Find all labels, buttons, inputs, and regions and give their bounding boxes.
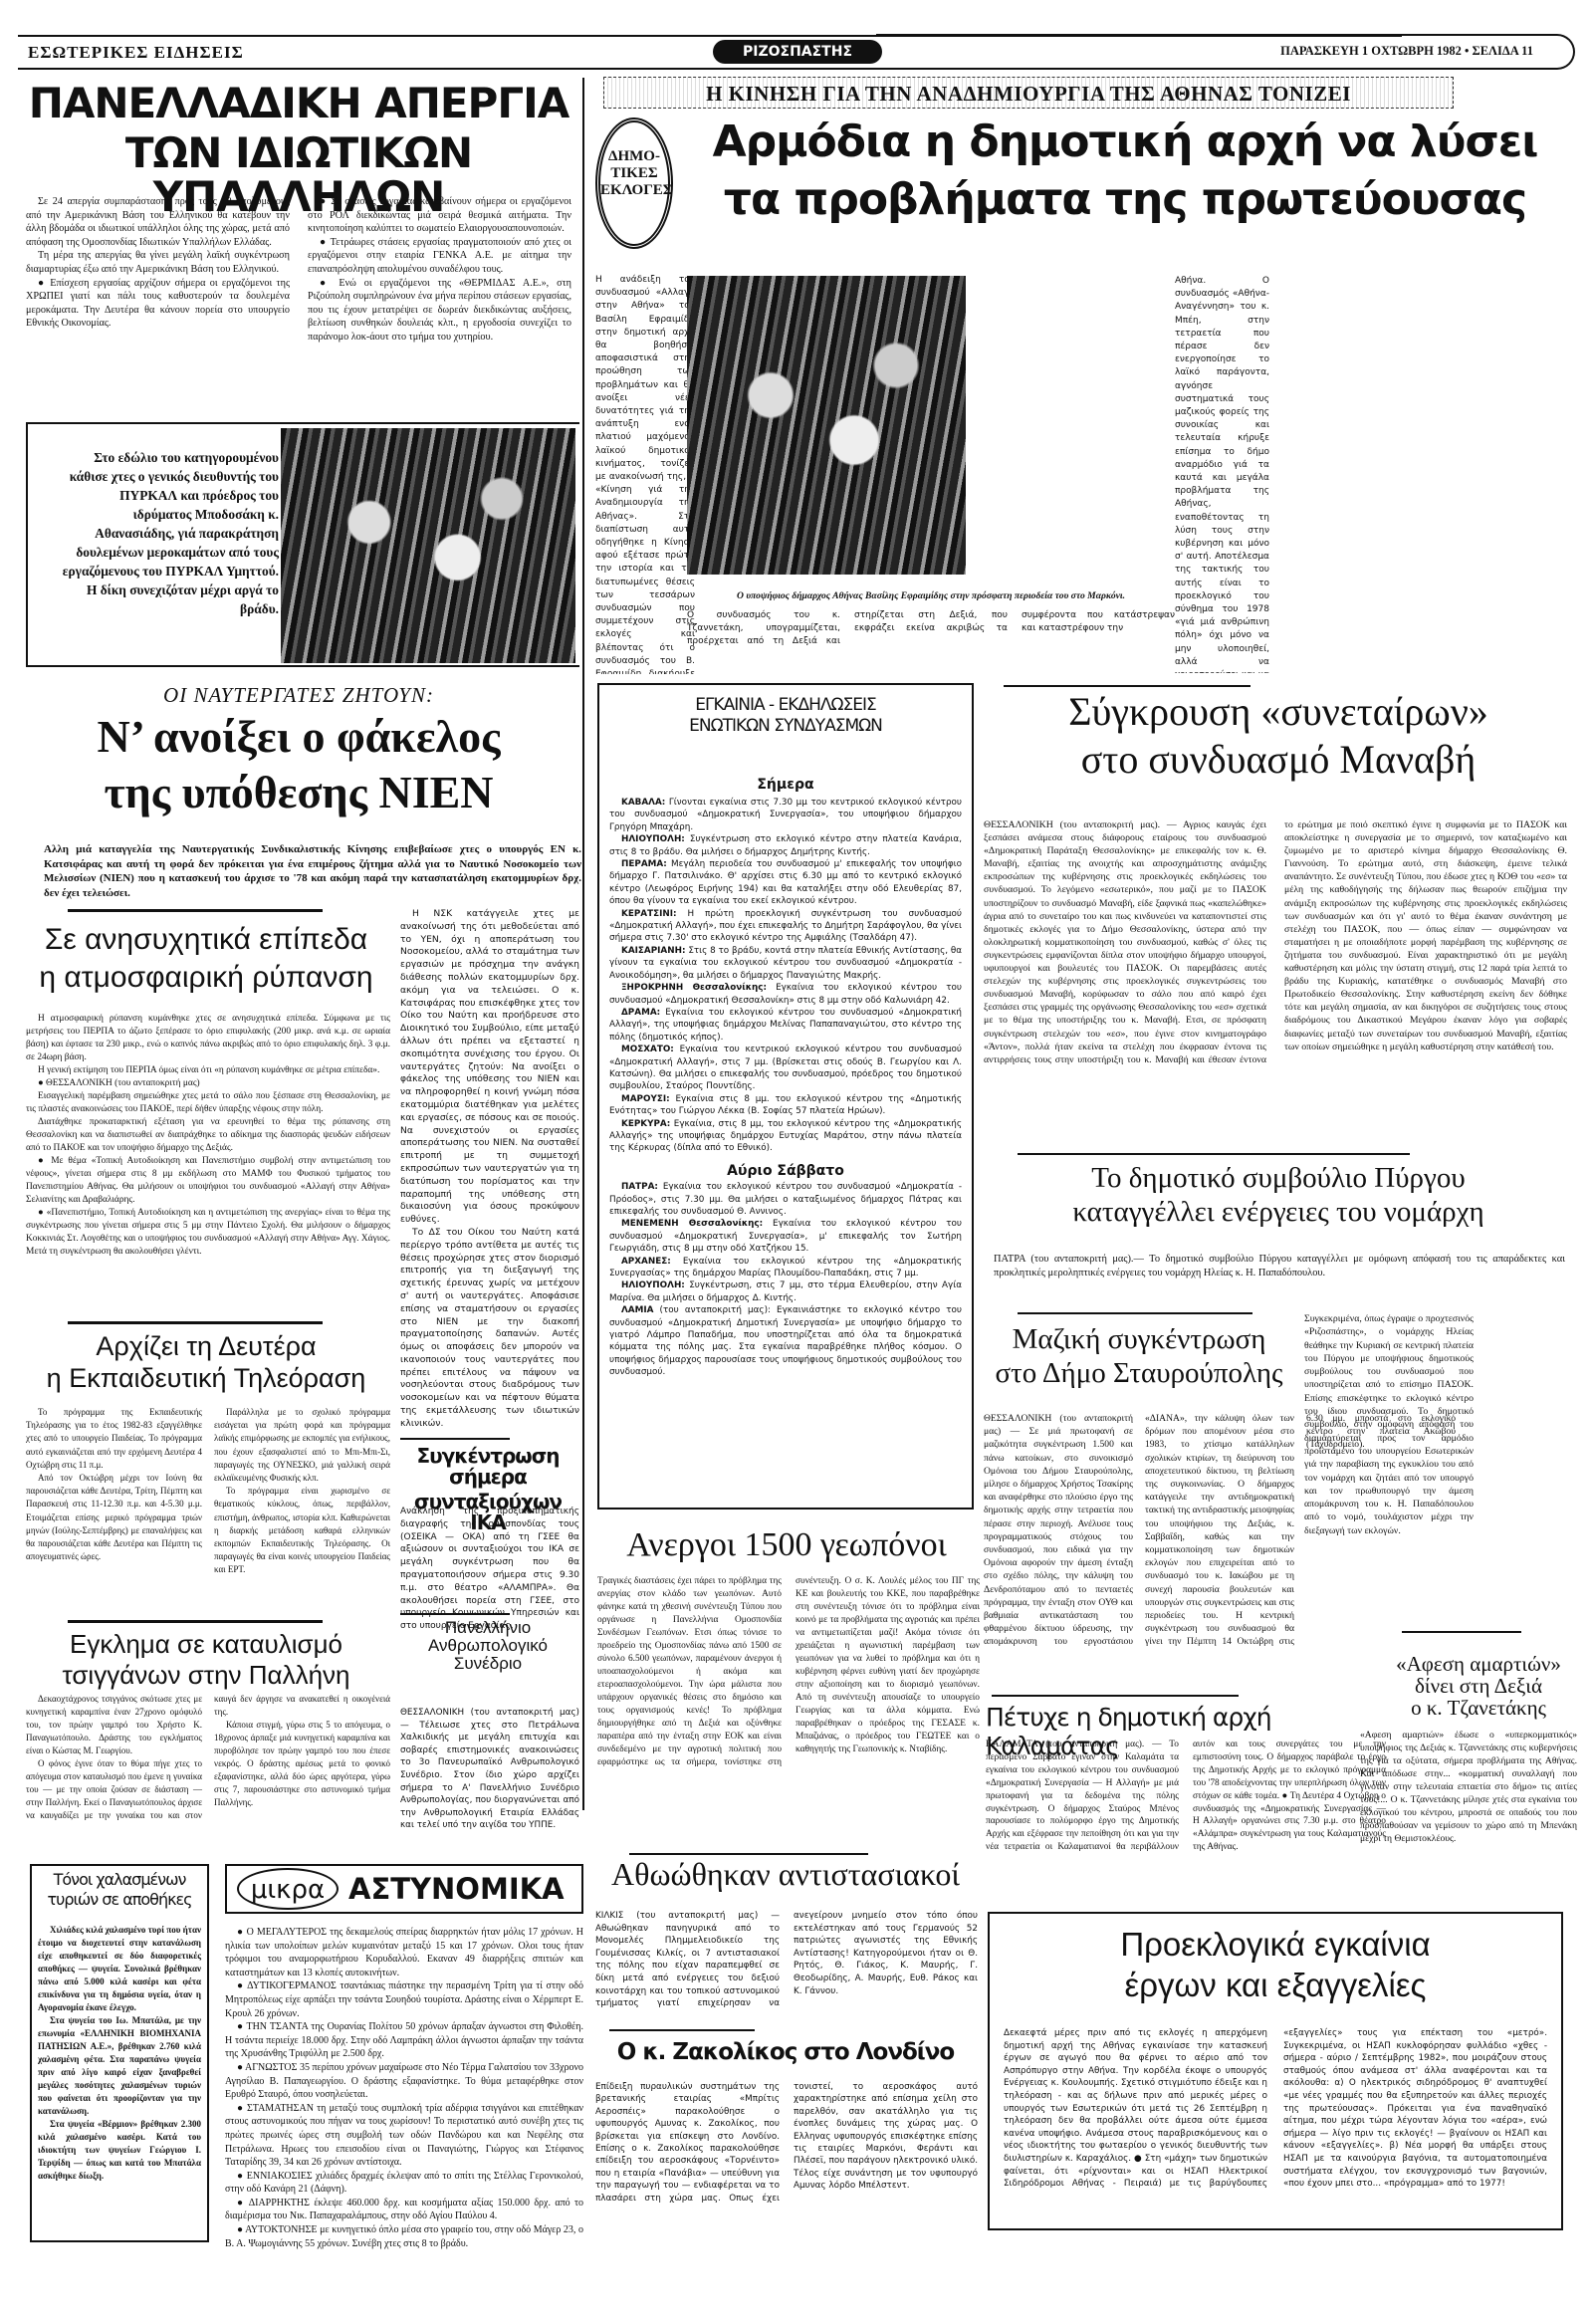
athens-right-text: Αθήνα. Ο συνδυασμός «Αθήνα-Αναγέννηση» τ… xyxy=(1175,275,1269,673)
headline-line: η ατμοσφαιρική ρύπανση xyxy=(22,962,390,994)
paragraph: Η γενική εκτίμηση του ΠΕΡΠΑ όμως είναι ό… xyxy=(26,1064,390,1077)
unemployed-headline: Ανεργοι 1500 γεωπόνοι xyxy=(597,1527,976,1563)
paragraph: ● Ενώ οι εργαζόμενοι της «ΘΕΡΜΙΔΑΣ Α.Ε.»… xyxy=(308,277,571,345)
paragraph: Εισαγγελική παρέμβαση σημειώθηκε χτες με… xyxy=(26,1090,390,1116)
athens-mid-text: Ο συνδυασμός του κ. Τζαννετάκη, υπογραμμ… xyxy=(687,609,1175,649)
event-item: ΞΗΡΟΚΡΗΝΗ Θεσσαλονίκης: Εγκαίνια του εκλ… xyxy=(609,982,962,1007)
headline-line: Σε ανησυχητικά επίπεδα xyxy=(22,924,390,956)
events-today-label: Σήμερα xyxy=(597,777,974,793)
pollution-headline: Σε ανησυχητικά επίπεδα η ατμοσφαιρική ρύ… xyxy=(22,924,390,993)
anthro-headline: Πανελλήνιο Ανθρωπολογικό Συνέδριο xyxy=(394,1619,581,1673)
police-badge: μικρα xyxy=(237,1868,339,1910)
event-item: ΚΕΡΑΤΣΙΝΙ: Η πρώτη προεκλογική συγκέντρω… xyxy=(609,908,962,945)
event-item: ΜΑΡΟΥΣΙ: Εγκαίνια στις 8 μμ. του εκλογικ… xyxy=(609,1093,962,1118)
paragraph: Η ατμοσφαιρική ρύπανση κυμάνθηκε χτες σε… xyxy=(26,1013,390,1064)
paragraph: Δεκαοχτάχρονος τσιγγάνος σκότωσε χτες με… xyxy=(26,1693,202,1757)
headline-line: Το δημοτικό συμβούλιο Πύργου xyxy=(982,1163,1575,1193)
event-item: ΜΟΣΧΑΤΟ: Εγκαίνια του κεντρικού εκλογικο… xyxy=(609,1044,962,1093)
anthro-body: ΘΕΣΣΑΛΟΝΙΚΗ (του ανταποκριτή μας) — Τέλε… xyxy=(400,1707,579,1832)
paragraph: Από τον Οκτώβρη μέχρι τον Ιούνη θα παρου… xyxy=(26,1472,202,1563)
pollution-body: Η ατμοσφαιρική ρύπανση κυμάνθηκε χτες σε… xyxy=(26,1013,390,1259)
cheese-headline: Τόνοι χαλασμένων τυριών σε αποθήκες xyxy=(34,1872,205,1909)
athens-left-text: Η ανάδειξη του συνδυασμού «Αλλαγή στην Α… xyxy=(595,274,695,674)
pyrgos-headline: Το δημοτικό συμβούλιο Πύργου καταγγέλλει… xyxy=(982,1163,1575,1228)
paragraph: Το πρόγραμμα είναι χωρισμένο σε θεματικο… xyxy=(214,1485,390,1576)
nien-kicker: ΟΙ ΝΑΥΤΕΡΓΑΤΕΣ ΖΗΤΟΥΝ: xyxy=(20,683,577,708)
police-title: ΑΣΤΥΝΟΜΙΚΑ xyxy=(348,1872,565,1906)
headline-line: Συνέδριο xyxy=(394,1655,581,1673)
athens-headline: Αρμόδια η δημοτική αρχή να λύσει τα προβ… xyxy=(687,119,1563,223)
headline-line: ΠΑΝΕΛΛΑΔΙΚΗ ΑΠΕΡΓΙΑ xyxy=(20,82,577,125)
athens-banner-text: Η ΚΙΝΗΣΗ ΓΙΑ ΤΗΝ ΑΝΑΔΗΜΙΟΥΡΓΙΑ ΤΗΣ ΑΘΗΝΑ… xyxy=(706,82,1351,106)
paragraph: Χιλιάδες κιλά χαλασμένο τυρί που ήταν έτ… xyxy=(38,1924,201,2014)
event-item: ΜΕΝΕΜΕΝΗ Θεσσαλονίκης: Εγκαίνια του εκλο… xyxy=(609,1218,962,1255)
police-items: ● Ο ΜΕΓΑΛΥΤΕΡΟΣ της δεκαμελούς σπείρας δ… xyxy=(225,1926,583,2250)
paragraph: ● Με θέμα «Τοπική Αυτοδιοίκηση και Πανεπ… xyxy=(26,1155,390,1207)
headline-line: καταγγέλλει ενέργειες του νομάρχη xyxy=(982,1197,1575,1227)
crime-headline: Εγκλημα σε καταυλισμό τσιγγάνων στην Παλ… xyxy=(22,1631,390,1690)
headline-line: τυριών σε αποθήκες xyxy=(34,1892,205,1909)
pyrgos-lead: ΠΑΤΡΑ (του ανταποκριτή μας).— Το δημοτικ… xyxy=(994,1253,1565,1279)
paragraph: ● «Πανεπιστήμιο, Τοπική Αυτοδιοίκηση και… xyxy=(26,1207,390,1259)
tzanetakis-headline: «Αφεση αμαρτιών» δίνει στη Δεξιά ο κ. Τζ… xyxy=(1364,1653,1593,1719)
crime-body: Δεκαοχτάχρονος τσιγγάνος σκότωσε χτες με… xyxy=(26,1693,390,1840)
headline-line: έργων και εξαγγελίες xyxy=(988,1969,1563,2003)
athens-photo-caption: Ο υποψήφιος δήμαρχος Αθήνας Βασίλης Εφρα… xyxy=(687,590,1175,601)
manavis-headline: Σύγκρουση «συνεταίρων» στο συνδυασμό Μαν… xyxy=(982,691,1575,781)
events-title: ΕΓΚΑΙΝΙΑ - ΕΚΔΗΛΩΣΕΙΣ ΕΝΩΤΙΚΩΝ ΣΥΝΔΥΑΣΜΩ… xyxy=(597,697,974,736)
nien-headline: Ν’ ανοίξει ο φάκελος της υπόθεσης ΝΙΕΝ xyxy=(20,713,577,817)
event-item: ΚΑΙΣΑΡΙΑΝΗ: Στις 8 το βράδυ, κοντά στην … xyxy=(609,945,962,982)
paragraph: ● Τετράωρες στάσεις εργασίας πραγματοποι… xyxy=(308,236,571,277)
edu-tv-headline: Αρχίζει τη Δευτέρα η Εκπαιδευτική Τηλεόρ… xyxy=(22,1332,390,1393)
event-item: ΑΡΧΑΝΕΣ: Εγκαίνια του εκλογικού κέντρου … xyxy=(609,1256,962,1280)
paragraph: Τη μέρα της απεργίας θα γίνει μεγάλη λαϊ… xyxy=(26,249,290,276)
acquitted-headline: Αθωώθηκαν αντιστασιακοί xyxy=(595,1858,976,1892)
events-tomorrow-label: Αύριο Σάββατο xyxy=(609,1165,962,1177)
list-item: ● ΑΥΤΟΚΤΟΝΗΣΕ με κυνηγετικό όπλο μέσα στ… xyxy=(225,2223,583,2250)
athens-banner: Η ΚΙΝΗΣΗ ΓΙΑ ΤΗΝ ΑΝΑΔΗΜΙΟΥΡΓΙΑ ΤΗΣ ΑΘΗΝΑ… xyxy=(603,77,1454,109)
headline-line: Ν’ ανοίξει ο φάκελος xyxy=(20,713,577,761)
headline-line: Αρχίζει τη Δευτέρα xyxy=(22,1332,390,1360)
paragraph: Το πρόγραμμα της Εκπαιδευτικής Τηλεόραση… xyxy=(26,1406,202,1472)
event-item: ΔΡΑΜΑ: Εγκαίνια του εκλογικού κέντρου το… xyxy=(609,1007,962,1044)
headline-line: της υπόθεσης ΝΙΕΝ xyxy=(20,769,577,816)
headline-line: Συγκέντρωση σήμερα xyxy=(394,1446,581,1488)
list-item: ● ΔΙΑΡΡΗΚΤΗΣ έκλεψε 460.000 δρχ. και κοσ… xyxy=(225,2197,583,2223)
tzanetakis-body: «Αφεση αμαρτιών» έδωσε ο «υπερκομματικός… xyxy=(1360,1729,1577,1845)
paragraph: ● Επίσχεση εργασίας αρχίζουν σήμερα οι ε… xyxy=(26,277,290,331)
headline-line: Προεκλογικά εγκαίνια xyxy=(988,1928,1563,1963)
events-today-list: ΚΑΒΑΛΑ: Γίνονται εγκαίνια στις 7.30 μμ τ… xyxy=(609,797,962,1379)
headline-line: Σύγκρουση «συνεταίρων» xyxy=(982,691,1575,733)
paragraph: Κάποια στιγμή, γύρω στις 5 το απόγευμα, … xyxy=(214,1719,390,1809)
paragraph: Το ΔΣ του Οίκου του Ναύτη κατά περίεργο … xyxy=(400,1227,579,1431)
paragraph: Σε 24 απεργία συμπαράστασης προς τους 19… xyxy=(26,195,290,249)
seal-line: ΔΗΜΟ- xyxy=(600,148,668,165)
nien-lead: Αλλη μιά καταγγελία της Ναυτεργατικής Συ… xyxy=(44,842,581,900)
date-page-box: ΠΑΡΑΣΚΕΥΗ 1 ΟΧΤΩΒΡΗ 1982 • ΣΕΛΙΔΑ 11 xyxy=(876,34,1575,70)
headline-line: τα προβλήματα της πρωτεύουσας xyxy=(687,177,1563,223)
paragraph: ● Σε στάσεις εργασίας κατεβαίνουν σήμερα… xyxy=(308,195,571,236)
headline-line: ΕΓΚΑΙΝΙΑ - ΕΚΔΗΛΩΣΕΙΣ xyxy=(597,697,974,715)
paper-name: ΡΙΖΟΣΠΑΣΤΗΣ xyxy=(743,44,852,60)
event-item: ΠΑΤΡΑ: Εγκαίνια του εκλογικού κέντρου το… xyxy=(609,1181,962,1218)
headline-line: ΕΝΩΤΙΚΩΝ ΣΥΝΔΥΑΣΜΩΝ xyxy=(597,718,974,736)
stavroupoli-headline: Μαζική συγκέντρωση στο Δήμο Σταυρούπολης xyxy=(984,1324,1294,1389)
event-item: ΚΕΡΚΥΡΑ: Εγκαίνια, στις 8 μμ, του εκλογι… xyxy=(609,1118,962,1155)
section-title: ΕΣΩΤΕΡΙΚΕΣ ΕΙΔΗΣΕΙΣ xyxy=(28,43,244,63)
event-item: ΗΛΙΟΥΠΟΛΗ: Συγκέντρωση στο εκλογικό κέντ… xyxy=(609,833,962,858)
kalamata-body: ΚΑΛΑΜΑΤΑ (του ανταποκριτή μας). — Το περ… xyxy=(986,1739,1386,1918)
stavroupoli-body: ΘΕΣΣΑΛΟΝΙΚΗ (του ανταποκριτή μας) — Σε μ… xyxy=(984,1412,1294,1661)
headline-line: Πανελλήνιο xyxy=(394,1619,581,1637)
list-item: ● ΑΓΝΩΣΤΟΣ 35 περίπου χρόνων μαχαίρωσε σ… xyxy=(225,2061,583,2102)
event-item: ΗΛΙΟΥΠΟΛΗ: Συγκέντρωση, στις 7 μμ, στο τ… xyxy=(609,1279,962,1304)
event-item: ΚΑΒΑΛΑ: Γίνονται εγκαίνια στις 7.30 μμ τ… xyxy=(609,797,962,833)
seal-line: ΤΙΚΕΣ xyxy=(600,165,668,182)
seal-line: ΕΚΛΟΓΕΣ xyxy=(600,182,668,199)
headline-line: η Εκπαιδευτική Τηλεόραση xyxy=(22,1364,390,1392)
date-and-page: ΠΑΡΑΣΚΕΥΗ 1 ΟΧΤΩΒΡΗ 1982 • ΣΕΛΙΔΑ 11 xyxy=(1280,44,1533,59)
paragraph: Στα ψυγεία του Ιω. Μπατάλα, με την επωνυ… xyxy=(38,2014,201,2118)
list-item: ● ΤΗΝ ΤΣΑΝΤΑ της Ουρανίας Πολίτου 50 χρό… xyxy=(225,2020,583,2061)
manavis-body: ΘΕΣΣΑΛΟΝΙΚΗ (του ανταποκριτή μας). — Αγρ… xyxy=(984,818,1567,1119)
headline-line: τσιγγάνων στην Παλλήνη xyxy=(22,1662,390,1689)
headline-line: «Αφεση αμαρτιών» xyxy=(1364,1653,1593,1675)
elections-seal: ΔΗΜΟ- ΤΙΚΕΣ ΕΚΛΟΓΕΣ xyxy=(595,117,673,249)
acquitted-body: ΚΙΛΚΙΣ (του ανταποκριτή μας) — Αθωώθηκαν… xyxy=(595,1910,978,2025)
event-item: ΛΑΜΙΑ (του ανταποκριτή μας): Εγκαινιάστη… xyxy=(609,1304,962,1378)
headline-line: στο Δήμο Σταυρούπολης xyxy=(984,1358,1294,1388)
list-item: ● ΣΤΑΜΑΤΗΣΑΝ τη μεταξύ τους συμπλοκή τρί… xyxy=(225,2102,583,2170)
headline-line: στο συνδυασμό Μαναβή xyxy=(982,739,1575,781)
zakolikos-body: Επίδειξη πυραυλικών συστημάτων της βρετα… xyxy=(595,2081,978,2222)
headline-line: Ανθρωπολογικό xyxy=(394,1637,581,1655)
police-badge-text: μικρα xyxy=(251,1875,325,1905)
strike-article-body: Σε 24 απεργία συμπαράστασης προς τους 19… xyxy=(26,195,571,347)
pyrkal-photo xyxy=(281,428,575,663)
preelection-headline: Προεκλογικά εγκαίνια έργων και εξαγγελίε… xyxy=(988,1928,1563,2002)
edu-tv-body: Το πρόγραμμα της Εκπαιδευτικής Τηλεόραση… xyxy=(26,1406,390,1615)
paragraph: Στα ψυγεία «Βέρμιον» βρέθηκαν 2.300 κιλά… xyxy=(38,2118,201,2183)
paper-name-badge: ΡΙΖΟΣΠΑΣΤΗΣ xyxy=(713,40,882,64)
headline-line: Μαζική συγκέντρωση xyxy=(984,1324,1294,1354)
list-item: ● Ο ΜΕΓΑΛΥΤΕΡΟΣ της δεκαμελούς σπείρας δ… xyxy=(225,1926,583,1979)
list-item: ● ΕΝΝΙΑΚΟΣΙΕΣ χιλιάδες δραχμές έκλεψαν α… xyxy=(225,2170,583,2197)
pyrgos-body: Συγκεκριμένα, όπως έγραψε ο προχτεσινός … xyxy=(1304,1312,1474,1661)
headline-line: δίνει στη Δεξιά xyxy=(1364,1675,1593,1697)
headline-line: Αρμόδια η δημοτική αρχή να λύσει xyxy=(687,119,1563,165)
zakolikos-headline: Ο κ. Ζακολίκος στο Λονδίνο xyxy=(595,2039,976,2065)
preelection-body: Δεκαεφτά μέρες πριν από τις εκλογές η απ… xyxy=(1004,2027,1547,2216)
headline-line: Τόνοι χαλασμένων xyxy=(34,1872,205,1889)
paragraph: Η ΝΣΚ κατάγγειλε χτες με ανακοίνωσή της … xyxy=(400,908,579,1227)
unemployed-body: Τραγικές διαστάσεις έχει πάρει το πρόβλη… xyxy=(597,1575,980,1804)
event-item: ΠΕΡΑΜΑ: Μεγάλη περιοδεία του συνδυασμού … xyxy=(609,858,962,908)
paragraph: Παράλληλα με το σχολικό πρόγραμμα εισάγε… xyxy=(214,1406,390,1485)
list-item: ● ΔΥΤΙΚΟΓΕΡΜΑΝΟΣ τσαντάκιας πιάστηκε την… xyxy=(225,1979,583,2020)
paragraph: ● ΘΕΣΣΑΛΟΝΙΚΗ (του ανταποκριτή μας) xyxy=(26,1077,390,1090)
headline-line: ο κ. Τζανετάκης xyxy=(1364,1697,1593,1719)
paragraph: Διατάχθηκε προκαταρκτική εξέταση για να … xyxy=(26,1116,390,1155)
cheese-body: Χιλιάδες κιλά χαλασμένο τυρί που ήταν έτ… xyxy=(38,1924,201,2183)
pyrkal-caption: Στο εδώλιο του κατηγορουμένου κάθισε χτε… xyxy=(60,448,279,618)
athens-photo xyxy=(687,276,966,575)
headline-line: Εγκλημα σε καταυλισμό xyxy=(22,1631,390,1658)
